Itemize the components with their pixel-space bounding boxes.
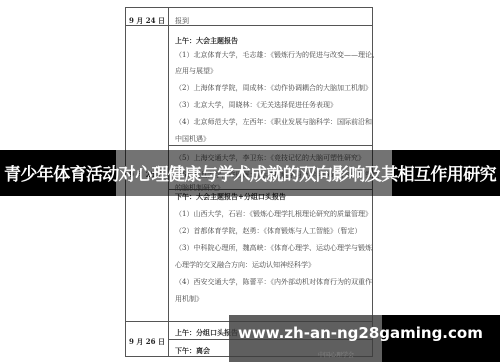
source-mark: 中国心理学会: [318, 350, 354, 359]
schedule-item: 下午：离会: [175, 346, 210, 356]
schedule-item: （4）北京师范大学，左西年：《职业发展与脑科学：国际前沿和: [175, 117, 372, 127]
schedule-item: （2）上海体育学院，周成林：《动作协调耦合的大脑加工机制》: [175, 83, 372, 93]
schedule-item: （1）山西大学，石岩：《锻炼心理学扎根理论研究的质量管理》: [175, 209, 372, 219]
session-heading: 上午：大会主题报告: [175, 36, 238, 46]
date-cell: 9 月 26 日: [126, 337, 168, 347]
schedule-item: （3）中科院心理所，魏高峡：《体育心理学、运动心理学与锻炼: [175, 243, 372, 253]
schedule-item: 用机制》: [175, 294, 203, 304]
schedule-item: 应用与展望》: [175, 66, 217, 76]
schedule-item: 中国机遇》: [175, 134, 210, 144]
schedule-item: （1）北京体育大学，毛志雄：《锻炼行为的促进与改变——理论、: [175, 50, 379, 60]
schedule-item: （4）西安交通大学，陈蕾平：《内外部动机对体育行为的双重作: [175, 277, 372, 287]
row-divider: [168, 145, 372, 146]
article-title: 青少年体育活动对心理健康与学术成就的双向影响及其相互作用研究: [0, 160, 500, 185]
schedule-item: （2）首都体育学院，赵勇：《体育锻炼与人工智能》（暂定）: [175, 226, 361, 236]
row-divider: [126, 25, 372, 26]
watermark-url: www.zh-an-ng28gaming.com: [238, 324, 483, 342]
schedule-item: （3）北京大学，周晓林：《无关选择促进任务表现》: [175, 100, 337, 110]
schedule-item: 心理学的交叉融合方向：运动认知神经科学》: [175, 260, 315, 270]
